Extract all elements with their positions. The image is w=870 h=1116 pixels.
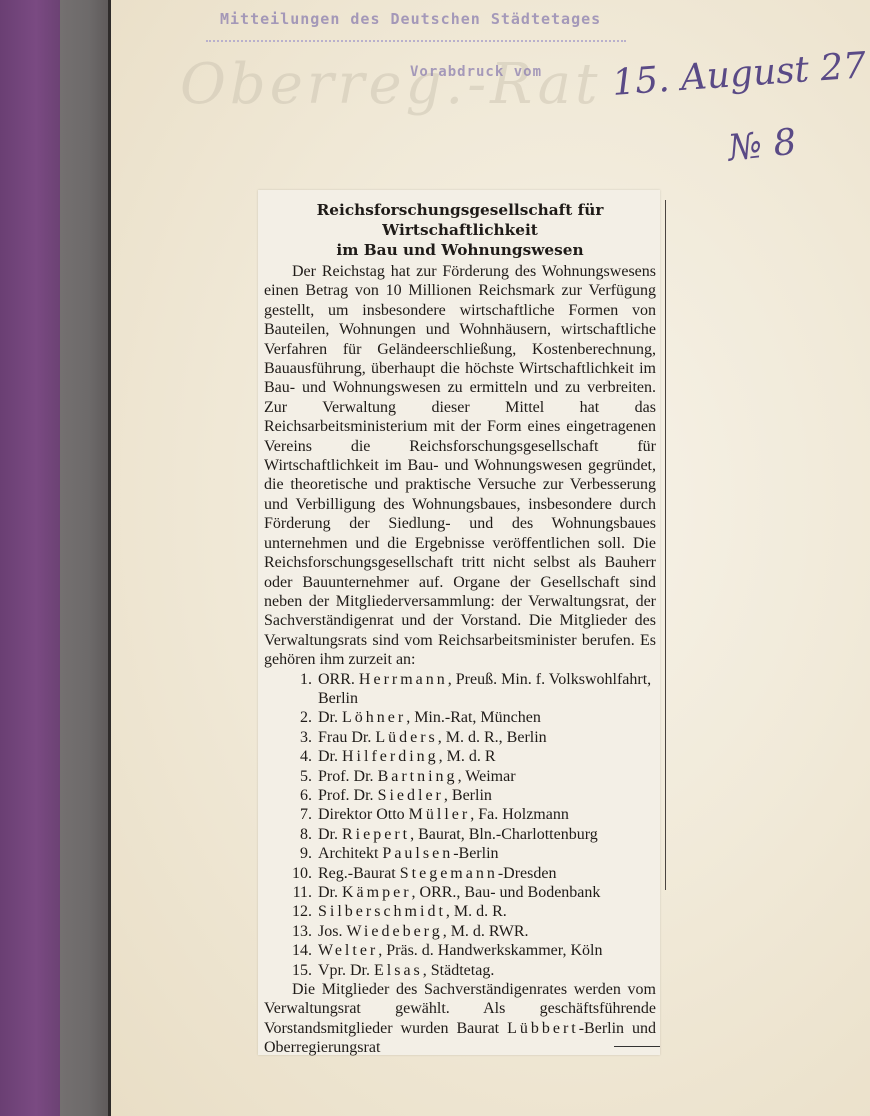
end-rule (614, 1046, 660, 1047)
list-item: 14.Welter, Präs. d. Handwerkskammer, Köl… (264, 941, 656, 960)
handwritten-number: № 8 (726, 122, 798, 170)
list-item: 2.Dr. Löhner, Min.-Rat, München (264, 708, 656, 727)
list-item: 13.Jos. Wiedeberg, M. d. RWR. (264, 922, 656, 941)
list-item: 11.Dr. Kämper, ORR., Bau- und Bodenbank (264, 883, 656, 902)
clipping-edge (665, 200, 666, 890)
stamp-publication: Mitteilungen des Deutschen Städtetages (220, 10, 601, 28)
list-item: 5.Prof. Dr. Bartning, Weimar (264, 767, 656, 786)
headline-line-2: im Bau und Wohnungswesen (264, 240, 656, 260)
newspaper-clipping: Reichsforschungsgesellschaft für Wirtsch… (258, 190, 660, 1055)
list-item: 7.Direktor Otto Müller, Fa. Holzmann (264, 805, 656, 824)
stamp-preprint: Vorabdruck vom (410, 64, 542, 80)
binder-cover (0, 0, 60, 1116)
binder-spine (60, 0, 111, 1116)
list-item: 8.Dr. Riepert, Baurat, Bln.-Charlottenbu… (264, 825, 656, 844)
list-item: 6.Prof. Dr. Siedler, Berlin (264, 786, 656, 805)
list-item: 3.Frau Dr. Lüders, M. d. R., Berlin (264, 728, 656, 747)
board-members-list: 1.ORR. Herrmann, Preuß. Min. f. Volkswoh… (264, 670, 656, 981)
list-item: 9.Architekt Paulsen-Berlin (264, 844, 656, 863)
article-headline: Reichsforschungsgesellschaft für Wirtsch… (264, 200, 656, 260)
article-paragraph-1: Der Reichstag hat zur Förderung des Wohn… (264, 262, 656, 670)
bleed-through-text: Oberreg.-Rat (180, 52, 602, 117)
list-item: 15.Vpr. Dr. Elsas, Städtetag. (264, 961, 656, 980)
list-item: 12.Silberschmidt, M. d. R. (264, 902, 656, 921)
list-item: 1.ORR. Herrmann, Preuß. Min. f. Volkswoh… (264, 670, 656, 709)
list-item: 10.Reg.-Baurat Stegemann-Dresden (264, 864, 656, 883)
stamp-rule (206, 40, 626, 42)
list-item: 4.Dr. Hilferding, M. d. R (264, 747, 656, 766)
headline-line-1: Reichsforschungsgesellschaft für Wirtsch… (264, 200, 656, 240)
article-paragraph-2: Die Mitglieder des Sachverständigenrates… (264, 980, 656, 1058)
